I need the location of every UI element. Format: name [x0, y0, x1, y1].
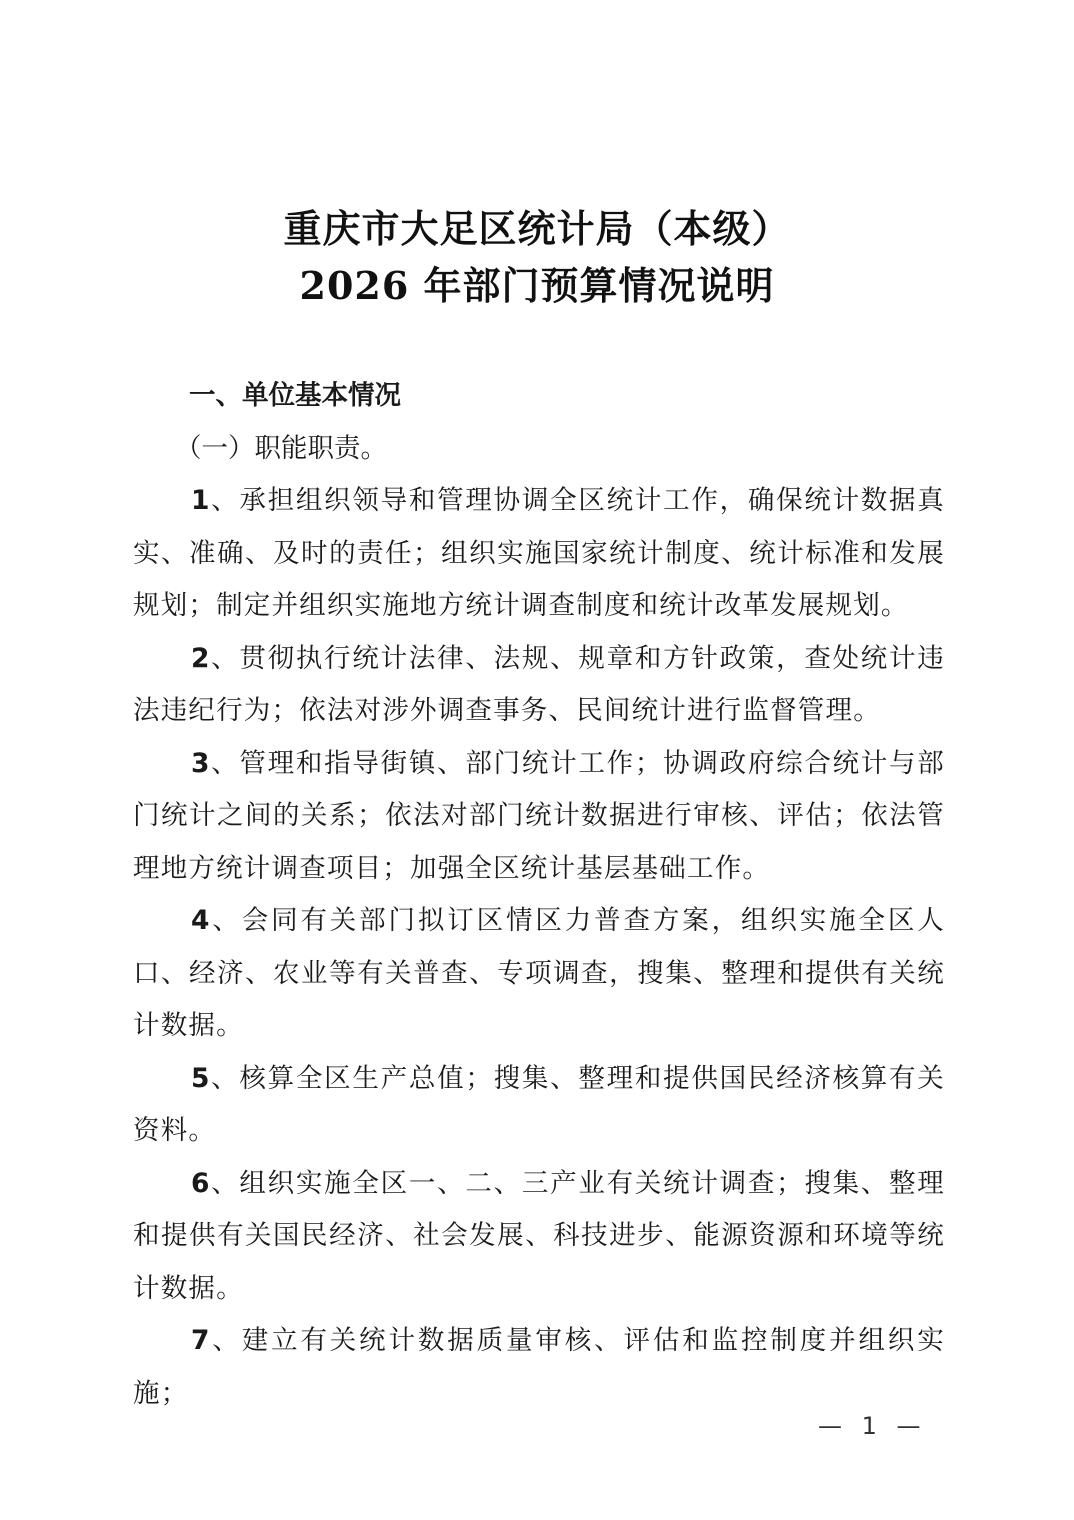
item-text: 、贯彻执行统计法律、法规、规章和方针政策，查处统计违法违纪行为；依法对涉外调查事…: [133, 643, 945, 727]
item-text: 、承担组织领导和管理协调全区统计工作，确保统计数据真实、准确、及时的责任；组织实…: [133, 485, 945, 621]
page-number: — 1 —: [818, 1412, 927, 1440]
document-page: 重庆市大足区统计局（本级） 2026 年部门预算情况说明 一、单位基本情况 （一…: [0, 0, 1074, 1520]
item-number: 3: [191, 748, 211, 779]
item-number: 7: [191, 1325, 211, 1356]
duty-item-3: 3、管理和指导街镇、部门统计工作；协调政府综合统计与部门统计之间的关系；依法对部…: [133, 738, 945, 896]
item-number: 1: [191, 485, 211, 516]
duty-item-5: 5、核算全区生产总值；搜集、整理和提供国民经济核算有关资料。: [133, 1053, 945, 1158]
item-text: 、核算全区生产总值；搜集、整理和提供国民经济核算有关资料。: [133, 1063, 945, 1147]
item-number: 4: [191, 905, 211, 936]
item-text: 、管理和指导街镇、部门统计工作；协调政府综合统计与部门统计之间的关系；依法对部门…: [133, 748, 945, 884]
item-text: 、建立有关统计数据质量审核、评估和监控制度并组织实施；: [133, 1325, 945, 1409]
document-title-line1: 重庆市大足区统计局（本级）: [0, 198, 1074, 253]
duty-item-4: 4、会同有关部门拟订区情区力普查方案，组织实施全区人口、经济、农业等有关普查、专…: [133, 895, 945, 1053]
item-number: 6: [191, 1168, 211, 1199]
item-text: 、会同有关部门拟订区情区力普查方案，组织实施全区人口、经济、农业等有关普查、专项…: [133, 905, 945, 1041]
duty-item-7: 7、建立有关统计数据质量审核、评估和监控制度并组织实施；: [133, 1315, 945, 1420]
section-heading: 一、单位基本情况: [133, 370, 945, 423]
item-number: 2: [191, 643, 211, 674]
document-body: 一、单位基本情况 （一）职能职责。 1、承担组织领导和管理协调全区统计工作，确保…: [133, 370, 945, 1420]
duty-item-2: 2、贯彻执行统计法律、法规、规章和方针政策，查处统计违法违纪行为；依法对涉外调查…: [133, 633, 945, 738]
item-number: 5: [191, 1063, 211, 1094]
document-title-line2: 2026 年部门预算情况说明: [0, 255, 1074, 310]
duty-item-1: 1、承担组织领导和管理协调全区统计工作，确保统计数据真实、准确、及时的责任；组织…: [133, 475, 945, 633]
subsection-heading: （一）职能职责。: [133, 423, 945, 476]
item-text: 、组织实施全区一、二、三产业有关统计调查；搜集、整理和提供有关国民经济、社会发展…: [133, 1168, 945, 1304]
duty-item-6: 6、组织实施全区一、二、三产业有关统计调查；搜集、整理和提供有关国民经济、社会发…: [133, 1158, 945, 1316]
